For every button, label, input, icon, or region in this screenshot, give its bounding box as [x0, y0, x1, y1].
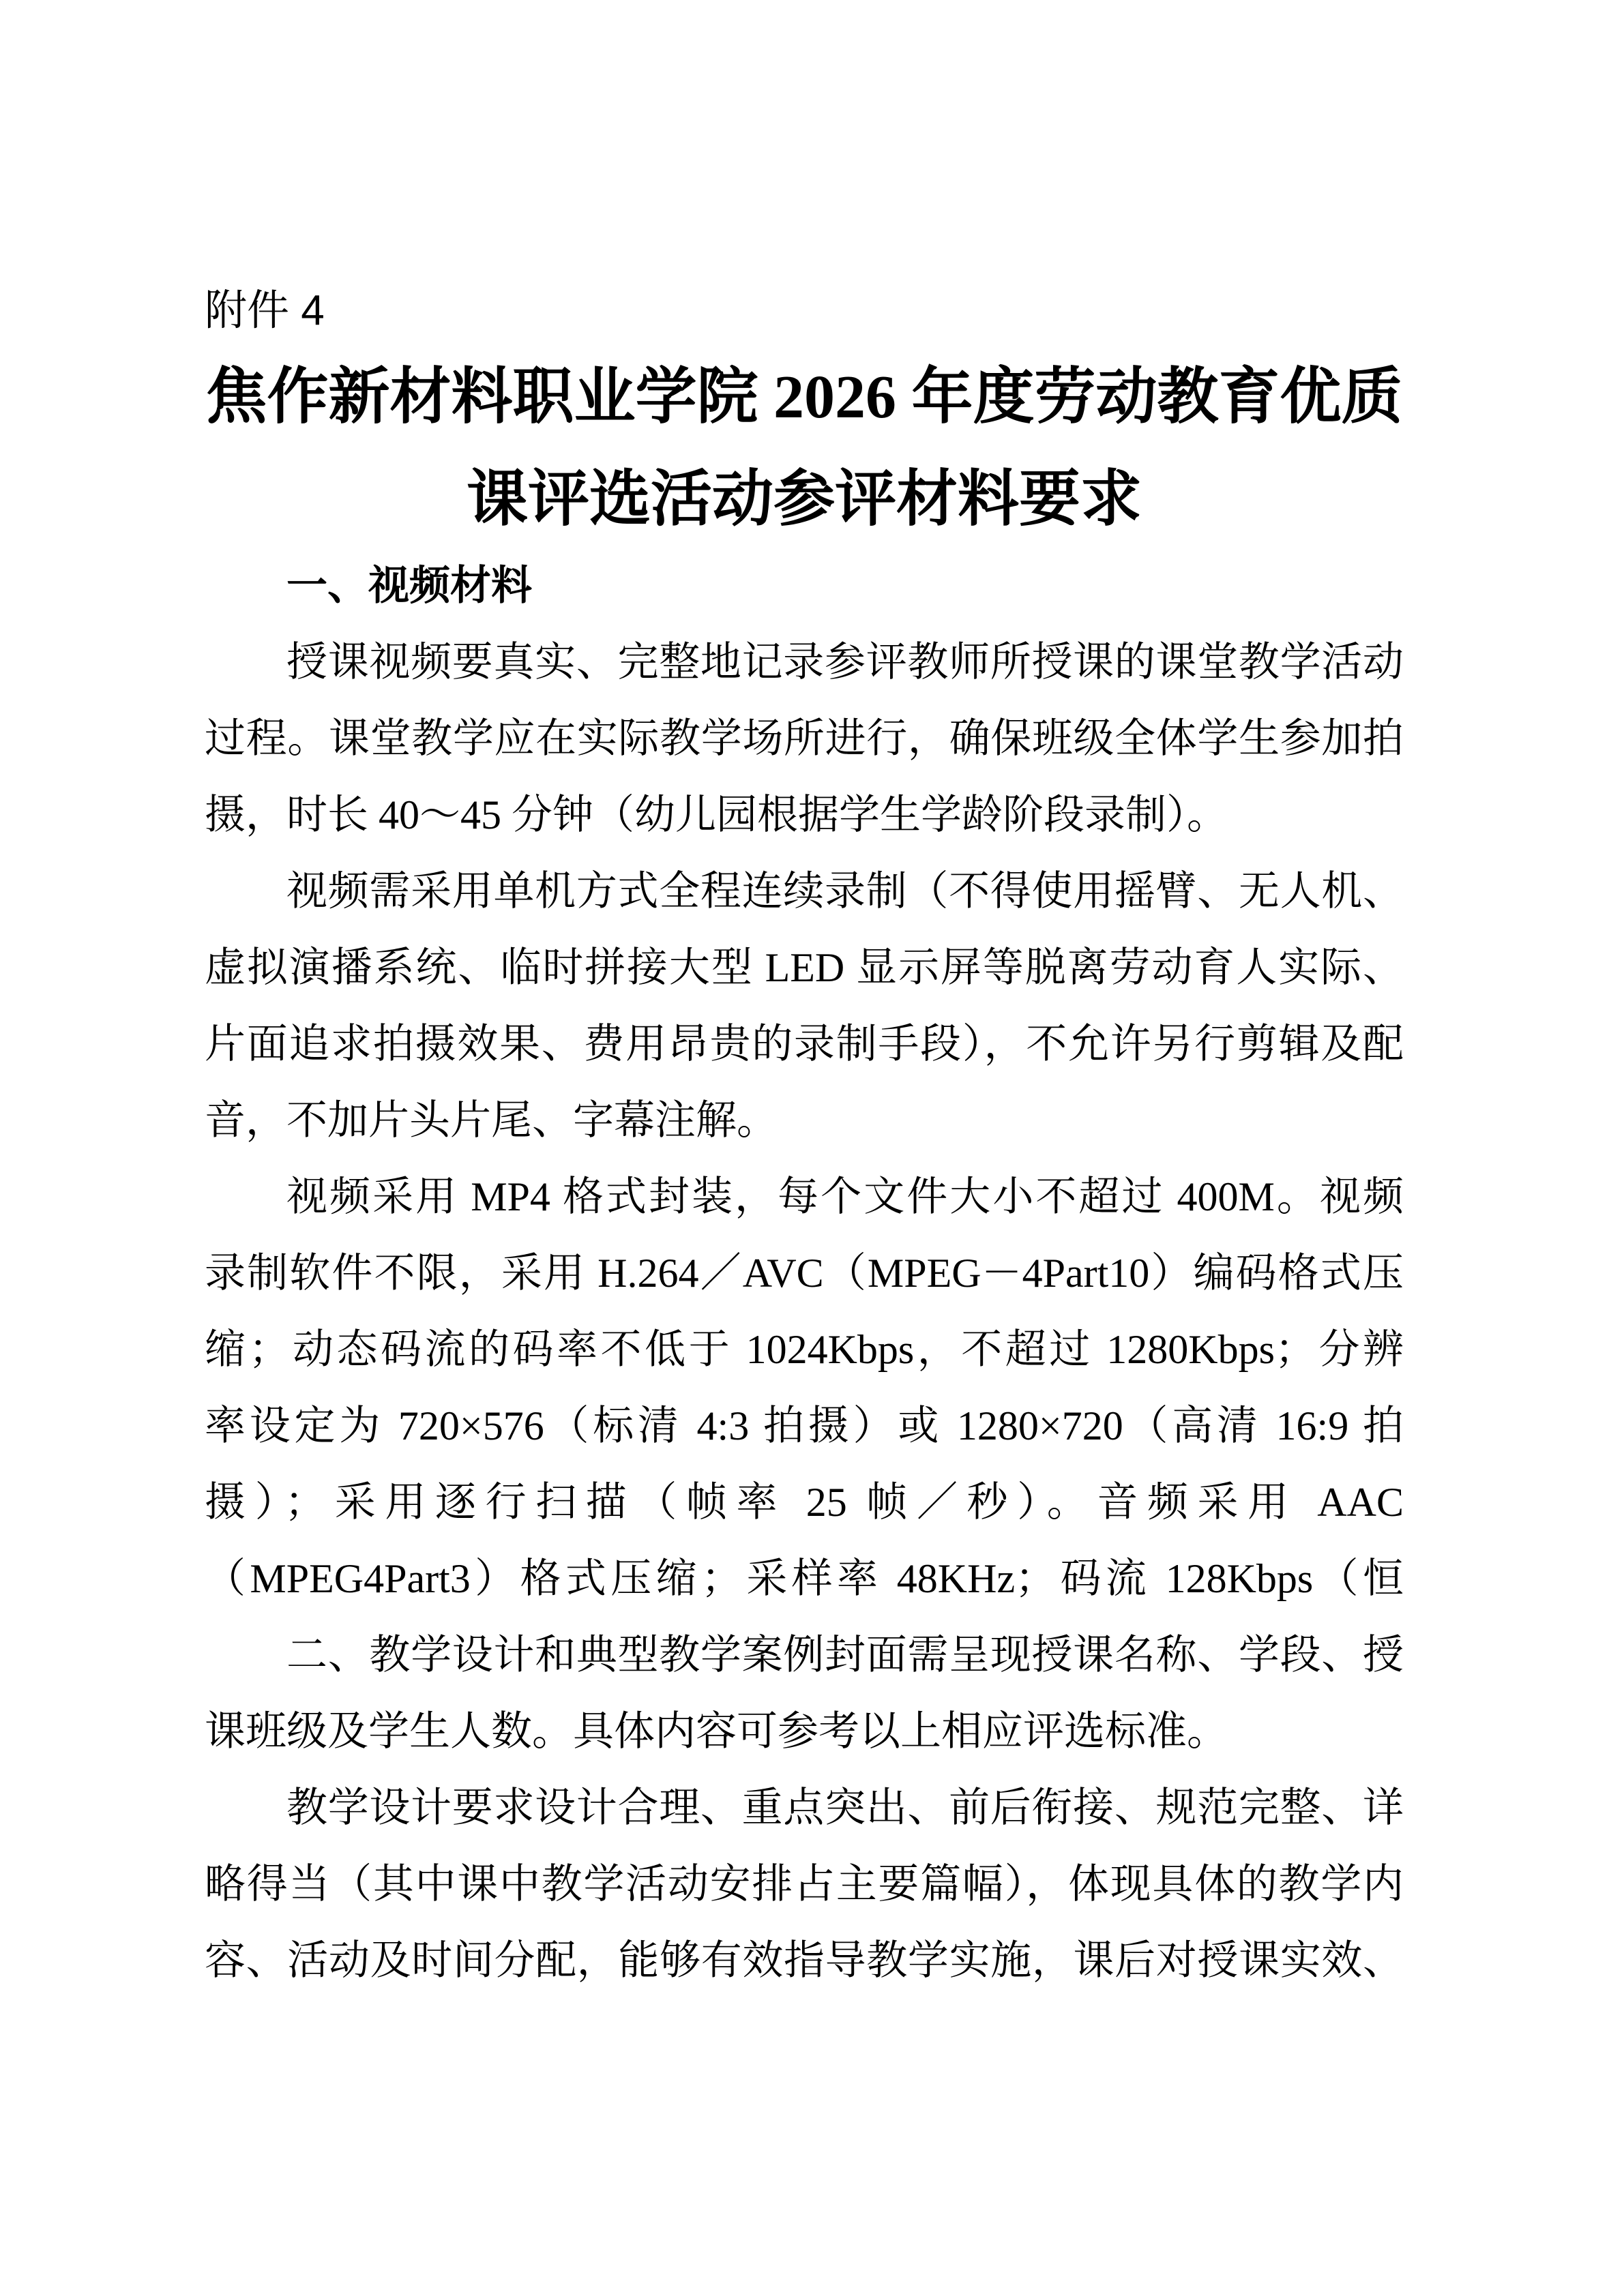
body-line: 录制软件不限，采用 H.264／AVC（MPEG－4Part10）编码格式压: [205, 1235, 1404, 1311]
body-line: 摄，时长 40～45 分钟（幼儿园根据学生学龄阶段录制）。: [205, 777, 1404, 853]
body-line: 容、活动及时间分配，能够有效指导教学实施，课后对授课实效、: [205, 1922, 1404, 1999]
body-line: 片面追求拍摄效果、费用昂贵的录制手段），不允许另行剪辑及配: [205, 1006, 1404, 1082]
body-line: 视频采用 MP4 格式封装，每个文件大小不超过 400M。视频: [205, 1159, 1404, 1235]
body-line: 教学设计要求设计合理、重点突出、前后衔接、规范完整、详: [205, 1770, 1404, 1846]
body-line: 缩；动态码流的码率不低于 1024Kbps，不超过 1280Kbps；分辨: [205, 1311, 1404, 1388]
body-line: 视频需采用单机方式全程连续录制（不得使用摇臂、无人机、: [205, 853, 1404, 929]
body-line: 摄）；采用逐行扫描（帧率 25 帧／秒）。音频采用 AAC: [205, 1464, 1404, 1540]
body-line: 二、教学设计和典型教学案例封面需呈现授课名称、学段、授: [205, 1617, 1404, 1693]
body-line: 虚拟演播系统、临时拼接大型 LED 显示屏等脱离劳动育人实际、: [205, 929, 1404, 1006]
body-line: 课班级及学生人数。具体内容可参考以上相应评选标准。: [205, 1693, 1404, 1770]
body-line: 过程。课堂教学应在实际教学场所进行，确保班级全体学生参加拍: [205, 700, 1404, 777]
body-line: 授课视频要真实、完整地记录参评教师所授课的课堂教学活动: [205, 624, 1404, 700]
document-title: 焦作新材料职业学院 2026 年度劳动教育优质 课评选活动参评材料要求: [205, 346, 1404, 551]
document-page: 附件 4 焦作新材料职业学院 2026 年度劳动教育优质 课评选活动参评材料要求…: [0, 0, 1624, 2296]
body-line: 音，不加片头片尾、字幕注解。: [205, 1082, 1404, 1159]
title-line-1: 焦作新材料职业学院 2026 年度劳动教育优质: [205, 346, 1404, 449]
document-body: 一、视频材料 授课视频要真实、完整地记录参评教师所授课的课堂教学活动 过程。课堂…: [205, 548, 1404, 1999]
body-line: 略得当（其中课中教学活动安排占主要篇幅），体现具体的教学内: [205, 1846, 1404, 1922]
title-line-2: 课评选活动参评材料要求: [205, 449, 1404, 551]
body-line: （MPEG4Part3）格式压缩；采样率 48KHz；码流 128Kbps（恒定…: [205, 1540, 1404, 1617]
section-heading-video-materials: 一、视频材料: [205, 548, 1404, 624]
body-line: 率设定为 720×576（标清 4:3 拍摄）或 1280×720（高清 16:…: [205, 1388, 1404, 1464]
attachment-label: 附件 4: [205, 290, 325, 332]
